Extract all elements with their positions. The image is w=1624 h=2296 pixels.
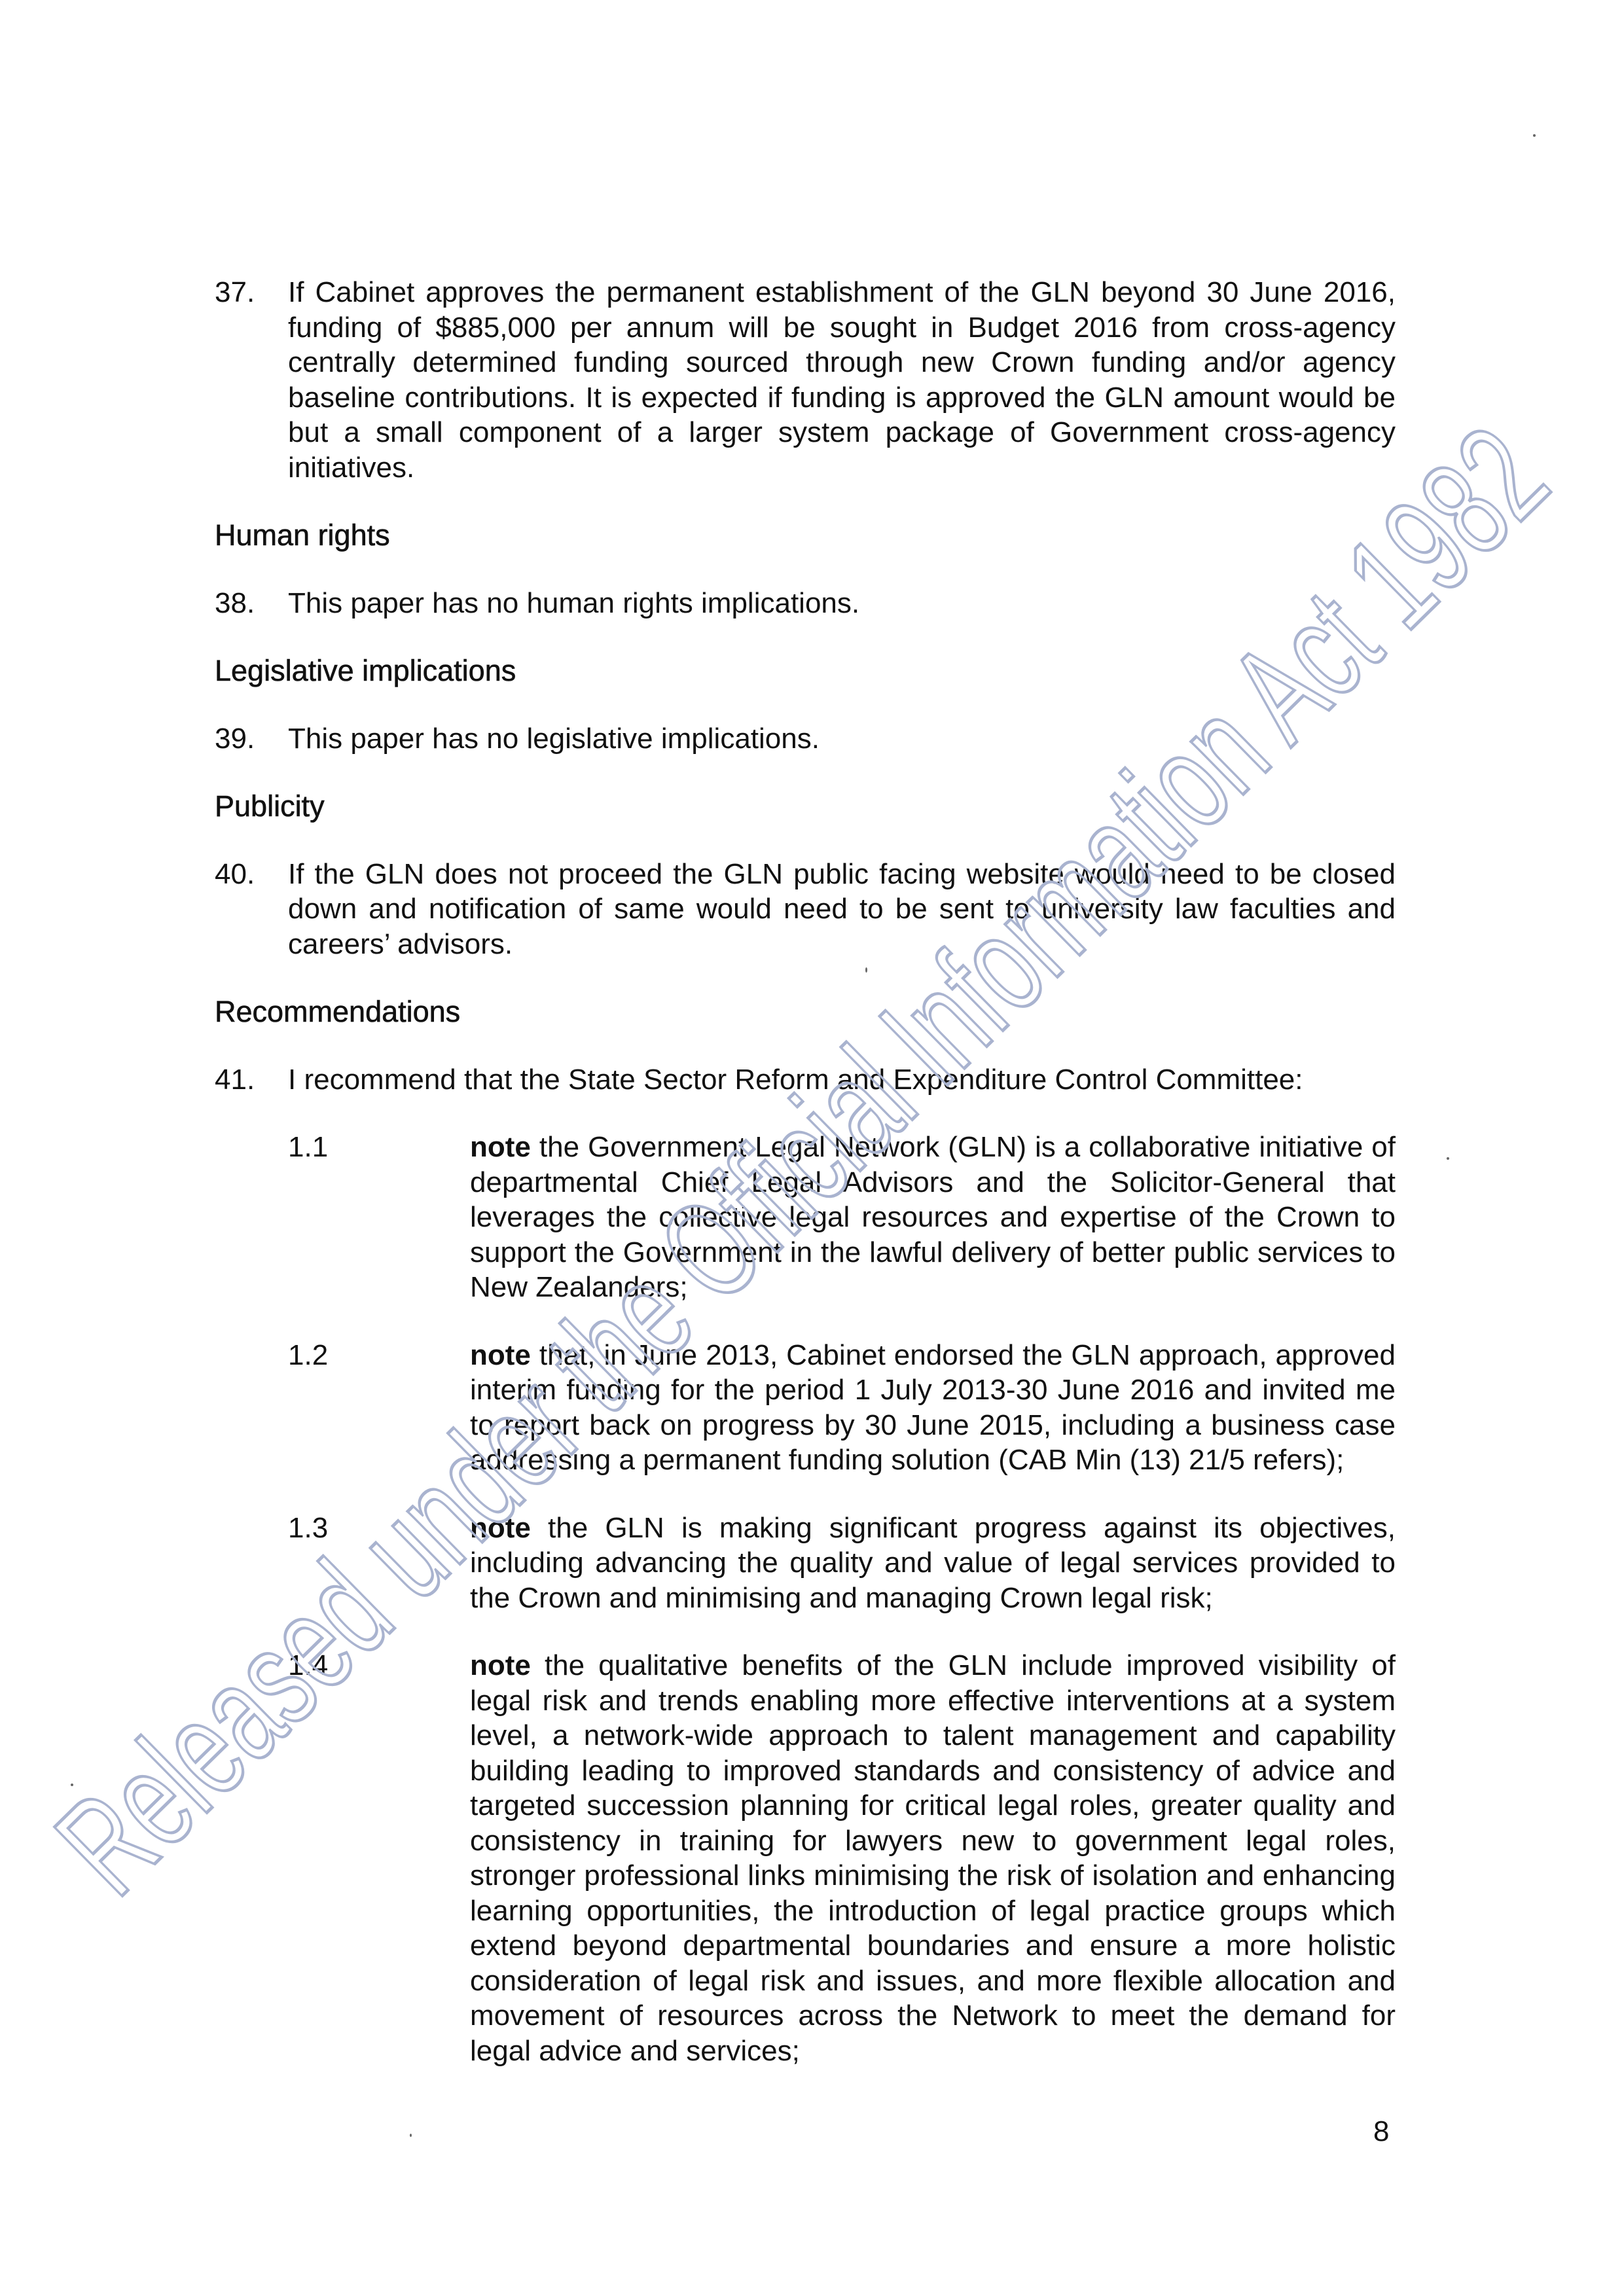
scan-speck	[410, 2134, 412, 2137]
recommendation-lead: note	[470, 1512, 531, 1544]
recommendation-text: the GLN is making significant progress a…	[470, 1512, 1396, 1614]
recommendation-lead: note	[470, 1649, 531, 1681]
paragraph-number: 38.	[215, 586, 255, 621]
paragraph-38: 38. This paper has no human rights impli…	[215, 586, 1396, 621]
scan-speck	[71, 1784, 73, 1786]
recommendation-text: that, in June 2013, Cabinet endorsed the…	[470, 1339, 1396, 1477]
recommendation-1-3: 1.3 note the GLN is making significant p…	[288, 1511, 1396, 1616]
document-page: 37. If Cabinet approves the permanent es…	[0, 0, 1624, 2296]
document-body: 37. If Cabinet approves the permanent es…	[215, 275, 1396, 2101]
recommendation-1-1: 1.1 note the Government Legal Network (G…	[288, 1130, 1396, 1305]
paragraph-number: 37.	[215, 275, 255, 310]
paragraph-text: If the GLN does not proceed the GLN publ…	[288, 858, 1396, 960]
paragraph-text: This paper has no human rights implicati…	[288, 587, 859, 619]
scan-speck	[865, 967, 867, 973]
scan-speck	[1533, 134, 1536, 137]
paragraph-text: I recommend that the State Sector Reform…	[288, 1064, 1303, 1096]
paragraph-37: 37. If Cabinet approves the permanent es…	[215, 275, 1396, 485]
recommendation-number: 1.1	[288, 1130, 328, 1165]
scan-speck	[1447, 1157, 1449, 1160]
recommendation-text: the qualitative benefits of the GLN incl…	[470, 1649, 1396, 2067]
heading-human-rights: Human rights	[215, 518, 1396, 553]
paragraph-text: This paper has no legislative implicatio…	[288, 723, 820, 755]
paragraph-39: 39. This paper has no legislative implic…	[215, 721, 1396, 757]
recommendation-number: 1.3	[288, 1511, 328, 1546]
paragraph-number: 41.	[215, 1062, 255, 1098]
heading-publicity: Publicity	[215, 789, 1396, 824]
recommendation-number: 1.4	[288, 1648, 328, 1683]
recommendation-1-4: 1.4 note the qualitative benefits of the…	[288, 1648, 1396, 2068]
page-number: 8	[1373, 2115, 1389, 2148]
heading-legislative-implications: Legislative implications	[215, 653, 1396, 689]
paragraph-number: 39.	[215, 721, 255, 757]
paragraph-41: 41. I recommend that the State Sector Re…	[215, 1062, 1396, 1098]
paragraph-number: 40.	[215, 857, 255, 892]
recommendation-number: 1.2	[288, 1338, 328, 1373]
recommendation-1-2: 1.2 note that, in June 2013, Cabinet end…	[288, 1338, 1396, 1478]
recommendation-lead: note	[470, 1131, 531, 1163]
recommendation-lead: note	[470, 1339, 531, 1371]
recommendation-text: the Government Legal Network (GLN) is a …	[470, 1131, 1396, 1303]
paragraph-40: 40. If the GLN does not proceed the GLN …	[215, 857, 1396, 962]
paragraph-text: If Cabinet approves the permanent establ…	[288, 276, 1396, 484]
heading-recommendations: Recommendations	[215, 994, 1396, 1030]
